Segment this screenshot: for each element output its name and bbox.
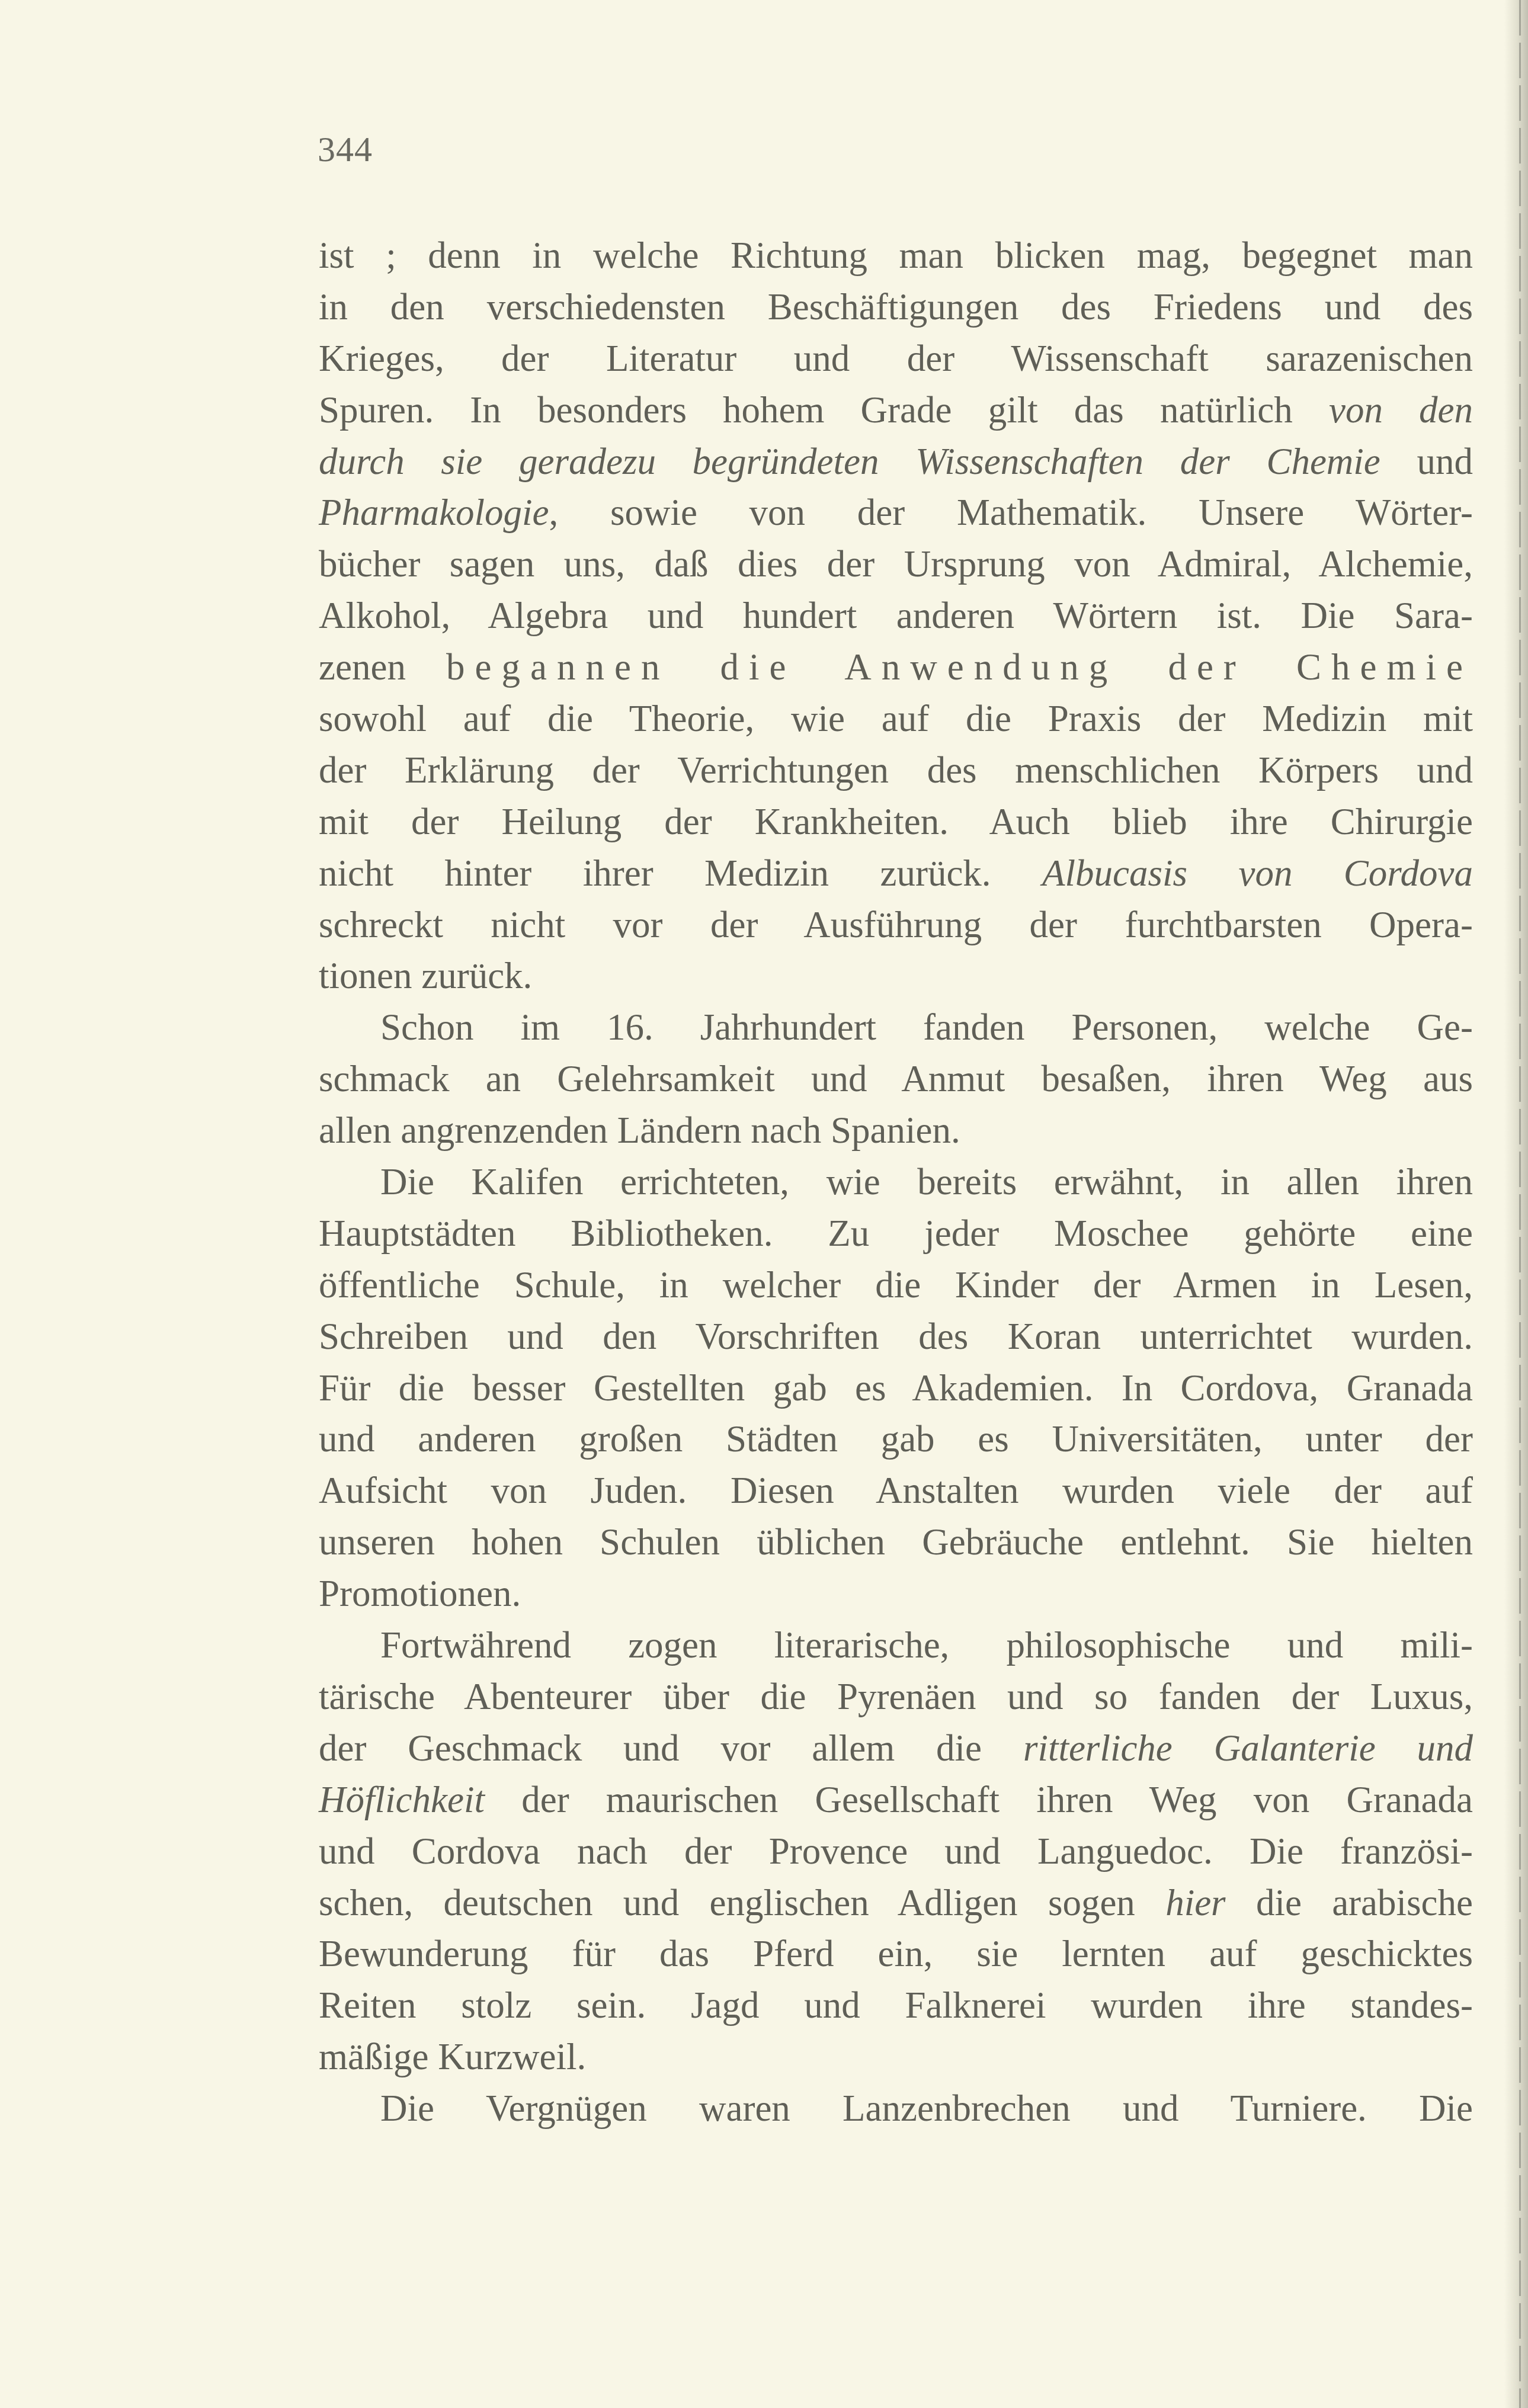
text-segment: schmack an Gelehrsamkeit und Anmut besaß…	[319, 1058, 1473, 1099]
text-line: mäßige Kurzweil.	[319, 2031, 1473, 2083]
text-line: Höflichkeit der maurischen Gesellschaft …	[319, 1774, 1473, 1826]
text-segment: , sowie von der Mathematik. Unsere Wörte…	[549, 492, 1473, 533]
text-line: schen, deutschen und englischen Adligen …	[319, 1877, 1473, 1929]
text-segment: ist ; denn in welche Richtung man blicke…	[319, 235, 1473, 276]
text-segment: Fortwährend zogen literarische, philosop…	[380, 1624, 1473, 1666]
body-text: ist ; denn in welche Richtung man blicke…	[319, 230, 1473, 2134]
text-line: Schon im 16. Jahrhundert fanden Personen…	[319, 1002, 1473, 1053]
text-line: der Geschmack und vor allem die ritterli…	[319, 1723, 1473, 1774]
text-segment: die arabische	[1226, 1882, 1473, 1923]
text-segment: Schon im 16. Jahrhundert fanden Personen…	[380, 1006, 1473, 1048]
text-segment: Für die besser Gestellten gab es Akademi…	[319, 1367, 1473, 1409]
spaced-text: begannen die Anwendung der Chemie	[446, 646, 1473, 688]
text-line: Promotionen.	[319, 1568, 1473, 1620]
text-line: sowohl auf die Theorie, wie auf die Prax…	[319, 693, 1473, 745]
text-segment: öffentliche Schule, in welcher die Kinde…	[319, 1264, 1473, 1306]
text-line: Krieges, der Literatur und der Wissensch…	[319, 333, 1473, 384]
text-segment: Die Vergnügen waren Lanzenbrechen und Tu…	[380, 2088, 1473, 2129]
text-segment: unseren hohen Schulen üblichen Gebräuche…	[319, 1521, 1473, 1563]
text-line: in den verschiedensten Beschäftigungen d…	[319, 281, 1473, 333]
text-line: Die Kalifen errichteten, wie bereits erw…	[319, 1156, 1473, 1208]
text-line: Schreiben und den Vorschriften des Koran…	[319, 1311, 1473, 1362]
page-number: 344	[318, 132, 373, 167]
text-segment: Spuren. In besonders hohem Grade gilt da…	[319, 389, 1329, 431]
text-segment: der Erklärung der Verrichtungen des mens…	[319, 749, 1473, 791]
text-segment: der maurischen Gesellschaft ihren Weg vo…	[485, 1779, 1473, 1820]
text-line: allen angrenzenden Ländern nach Spanien.	[319, 1105, 1473, 1156]
text-segment: Reiten stolz sein. Jagd und Falknerei wu…	[319, 1984, 1473, 2026]
text-segment: allen angrenzenden Ländern nach Spanien.	[319, 1110, 960, 1151]
text-segment: tärische Abenteurer über die Pyrenäen un…	[319, 1676, 1473, 1717]
text-segment: in den verschiedensten Beschäftigungen d…	[319, 286, 1473, 328]
text-line: Für die besser Gestellten gab es Akademi…	[319, 1362, 1473, 1414]
text-segment: sowohl auf die Theorie, wie auf die Prax…	[319, 698, 1473, 739]
italic-text: Pharmakologie	[319, 492, 549, 533]
text-segment: Bewunderung für das Pferd ein, sie lernt…	[319, 1933, 1473, 1974]
text-segment: Aufsicht von Juden. Diesen Anstalten wur…	[319, 1470, 1473, 1511]
text-line: bücher sagen uns, daß dies der Ursprung …	[319, 538, 1473, 590]
text-segment: Hauptstädten Bibliotheken. Zu jeder Mosc…	[319, 1213, 1473, 1254]
text-segment: Promotionen.	[319, 1573, 521, 1614]
text-line: Aufsicht von Juden. Diesen Anstalten wur…	[319, 1465, 1473, 1516]
italic-text: von den	[1329, 389, 1473, 431]
text-line: ist ; denn in welche Richtung man blicke…	[319, 230, 1473, 281]
text-segment: schreckt nicht vor der Ausführung der fu…	[319, 904, 1473, 945]
text-segment: und anderen großen Städten gab es Univer…	[319, 1418, 1473, 1460]
page-edge-line	[1519, 0, 1521, 2408]
text-segment: und Cordova nach der Provence und Langue…	[319, 1830, 1473, 1872]
text-segment: schen, deutschen und englischen Adligen …	[319, 1882, 1165, 1923]
italic-text: Albucasis von Cordova	[1042, 852, 1473, 894]
text-segment: und	[1380, 441, 1473, 482]
text-line: mit der Heilung der Krankheiten. Auch bl…	[319, 796, 1473, 848]
text-line: Fortwährend zogen literarische, philosop…	[319, 1620, 1473, 1671]
text-line: schmack an Gelehrsamkeit und Anmut besaß…	[319, 1053, 1473, 1105]
italic-text: hier	[1165, 1882, 1225, 1923]
text-line: unseren hohen Schulen üblichen Gebräuche…	[319, 1516, 1473, 1568]
text-segment: mit der Heilung der Krankheiten. Auch bl…	[319, 801, 1473, 842]
text-line: schreckt nicht vor der Ausführung der fu…	[319, 899, 1473, 951]
text-line: Die Vergnügen waren Lanzenbrechen und Tu…	[319, 2083, 1473, 2134]
text-segment: bücher sagen uns, daß dies der Ursprung …	[319, 543, 1473, 585]
text-line: durch sie geradezu begründeten Wissensch…	[319, 436, 1473, 488]
text-segment: Krieges, der Literatur und der Wissensch…	[319, 338, 1473, 379]
text-line: Pharmakologie, sowie von der Mathematik.…	[319, 487, 1473, 538]
text-segment: zenen	[319, 646, 446, 688]
text-segment: tionen zurück.	[319, 955, 532, 996]
text-segment: Schreiben und den Vorschriften des Koran…	[319, 1316, 1473, 1357]
text-line: nicht hinter ihrer Medizin zurück. Albuc…	[319, 848, 1473, 899]
text-segment: Die Kalifen errichteten, wie bereits erw…	[380, 1161, 1473, 1203]
text-line: Spuren. In besonders hohem Grade gilt da…	[319, 384, 1473, 436]
text-line: der Erklärung der Verrichtungen des mens…	[319, 745, 1473, 796]
text-line: zenen begannen die Anwendung der Chemie	[319, 642, 1473, 693]
text-line: Alkohol, Algebra und hundert anderen Wör…	[319, 590, 1473, 642]
text-segment: mäßige Kurzweil.	[319, 2036, 586, 2077]
italic-text: durch sie geradezu begründeten Wissensch…	[319, 441, 1380, 482]
text-segment: nicht hinter ihrer Medizin zurück.	[319, 852, 1042, 894]
text-segment: der Geschmack und vor allem die	[319, 1727, 1023, 1769]
text-line: Bewunderung für das Pferd ein, sie lernt…	[319, 1928, 1473, 1980]
text-line: und Cordova nach der Provence und Langue…	[319, 1826, 1473, 1877]
text-segment: Alkohol, Algebra und hundert anderen Wör…	[319, 595, 1473, 636]
italic-text: ritterliche Galanterie und	[1023, 1727, 1473, 1769]
page-edge-shadow	[1504, 0, 1528, 2408]
text-line: und anderen großen Städten gab es Univer…	[319, 1413, 1473, 1465]
text-line: Hauptstädten Bibliotheken. Zu jeder Mosc…	[319, 1208, 1473, 1259]
text-line: tärische Abenteurer über die Pyrenäen un…	[319, 1671, 1473, 1723]
text-line: Reiten stolz sein. Jagd und Falknerei wu…	[319, 1980, 1473, 2031]
text-line: tionen zurück.	[319, 950, 1473, 1002]
italic-text: Höflichkeit	[319, 1779, 485, 1820]
text-line: öffentliche Schule, in welcher die Kinde…	[319, 1259, 1473, 1311]
